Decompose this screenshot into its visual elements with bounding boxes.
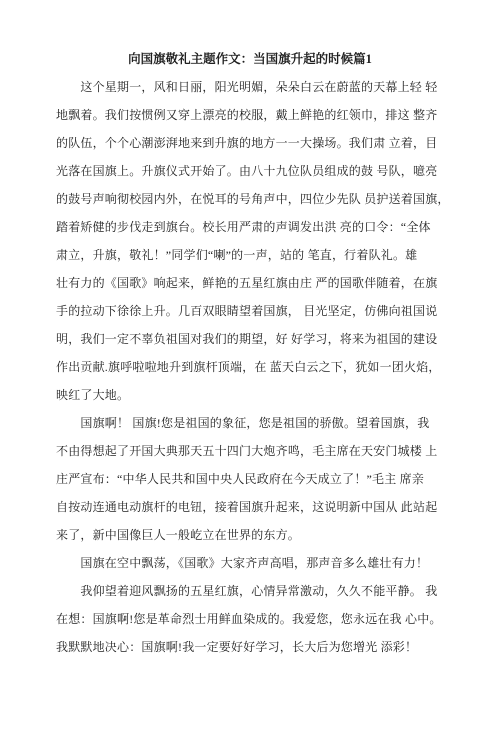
essay-line: 来了，新中国像巨人一般屹立在世界的东方。 (56, 521, 458, 549)
essay-line: 不由得想起了开国大典那天五十四门大炮齐鸣，毛主席在天安门城楼 上 (56, 437, 458, 465)
essay-line: 我仰望着迎风飘扬的五星红旗，心情异常激动，久久不能平静。 我 (56, 577, 458, 605)
essay-line: 映红了大地。 (56, 381, 458, 409)
essay-line: 明，我们一定不辜负祖国对我们的期望，好 好学习，将来为祖国的建设 (56, 325, 458, 353)
essay-line: 国旗啊！ 国旗!您是祖国的象征，您是祖国的骄傲。望着国旗，我 (56, 409, 458, 437)
essay-line: 我默默地决心：国旗啊!我一定要好好学习，长大后为您增光 添彩！ (56, 633, 458, 661)
essay-line: 这个星期一，风和日丽，阳光明媚，朵朵白云在蔚蓝的天幕上轻 轻 (56, 73, 458, 101)
essay-line: 作出贡献.旗呼啦啦地升到旗杆顶端，在 蓝天白云之下，犹如一团火焰， (56, 353, 458, 381)
essay-line: 国旗在空中飘荡，《国歌》大家齐声高唱，那声音多么雄壮有力！ (56, 549, 458, 577)
essay-line: 壮有力的《国歌》响起来，鲜艳的五星红旗由庄 严的国歌伴随着，在旗 (56, 269, 458, 297)
essay-line: 光落在国旗上。升旗仪式开始了。由八十九位队员组成的鼓 号队，噫亮 (56, 157, 458, 185)
essay-line: 在想：国旗啊!您是革命烈士用鲜血染成的。我爱您，您永远在我 心中。 (56, 605, 458, 633)
essay-line: 地飘着。我们按惯例又穿上漂亮的校服，戴上鲜艳的红领巾，排这 整齐 (56, 101, 458, 129)
essay-body: 这个星期一，风和日丽，阳光明媚，朵朵白云在蔚蓝的天幕上轻 轻地飘着。我们按惯例又… (0, 73, 500, 661)
essay-line: 的队伍，个个心潮澎湃地来到升旗的地方一一大操场。我们肃 立着，目 (56, 129, 458, 157)
essay-line: 庄严宣布：“中华人民共和国中央人民政府在今天成立了！”毛主 席亲 (56, 465, 458, 493)
essay-line: 自按动连通电动旗杆的电钮，接着国旗升起来，这说明新中国从 此站起 (56, 493, 458, 521)
essay-line: 的鼓号声响彻校园内外，在悦耳的号角声中，四位少先队 员护送着国旗， (56, 185, 458, 213)
document-page: 向国旗敬礼主题作文：当国旗升起的时候篇1 这个星期一，风和日丽，阳光明媚，朵朵白… (0, 0, 500, 737)
essay-title: 向国旗敬礼主题作文：当国旗升起的时候篇1 (0, 0, 500, 73)
essay-line: 手的拉动下徐徐上升。几百双眼睛望着国旗， 目光坚定，仿佛向祖国说 (56, 297, 458, 325)
essay-line: 踏着矫健的步伐走到旗台。校长用严肃的声调发出洪 亮的口令：“全体 (56, 213, 458, 241)
essay-line: 肃立，升旗，敬礼！”同学们“喇”的一声，站的 笔直，行着队礼。雄 (56, 241, 458, 269)
